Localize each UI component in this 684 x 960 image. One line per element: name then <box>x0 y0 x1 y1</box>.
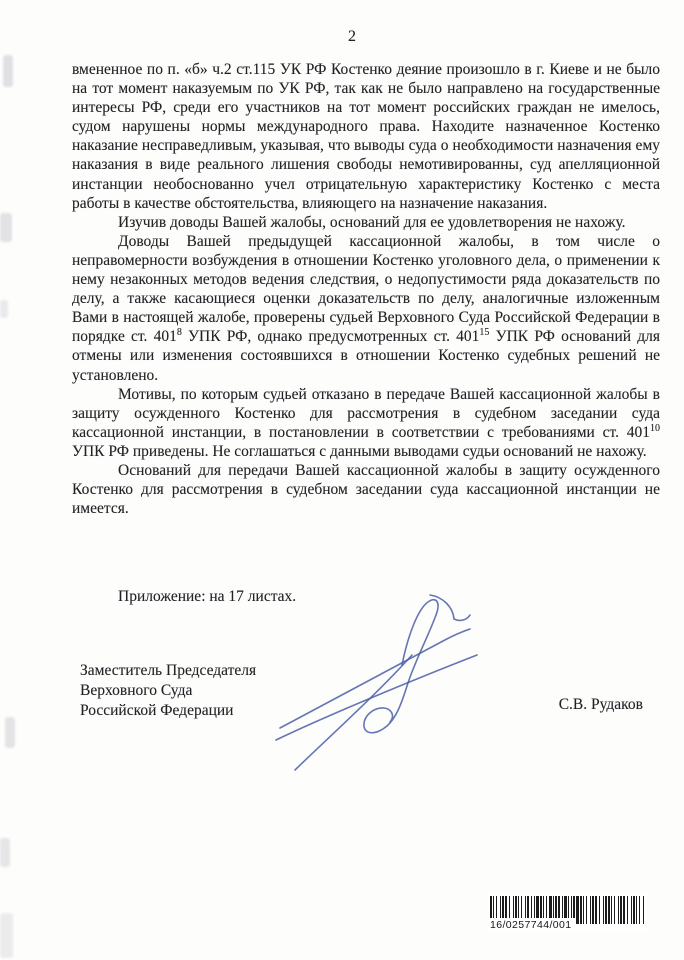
scan-artifact <box>0 300 8 318</box>
page-number: 2 <box>72 28 632 46</box>
signatory-title-line: Верховного Суда <box>80 681 256 701</box>
signatory-title: Заместитель Председателя Верховного Суда… <box>80 661 256 721</box>
body-paragraph: Доводы Вашей предыдущей кассационной жал… <box>72 232 660 385</box>
body-paragraph: Оснований для передачи Вашей кассационно… <box>72 461 660 518</box>
barcode: 16/0257744/001 <box>488 893 646 931</box>
scan-artifact <box>3 55 13 87</box>
barcode-label: 16/0257744/001 <box>488 918 576 931</box>
signatory-name: С.В. Рудаков <box>559 696 643 714</box>
handwritten-signature <box>268 583 478 773</box>
scan-artifact <box>5 717 15 748</box>
body-paragraph: вмененное по п. «б» ч.2 ст.115 УК РФ Кос… <box>72 60 660 213</box>
signatory-title-line: Российской Федерации <box>80 701 256 721</box>
document-body: вмененное по п. «б» ч.2 ст.115 УК РФ Кос… <box>72 60 660 518</box>
scan-artifact <box>0 913 13 958</box>
scan-artifact <box>0 838 10 867</box>
body-paragraph: Мотивы, по которым судьей отказано в пер… <box>72 385 660 461</box>
signatory-title-line: Заместитель Председателя <box>80 661 256 681</box>
scan-artifact <box>0 213 12 242</box>
scanned-document-page: 2 вмененное по п. «б» ч.2 ст.115 УК РФ К… <box>0 0 684 960</box>
body-paragraph: Изучив доводы Вашей жалобы, оснований дл… <box>72 213 660 232</box>
